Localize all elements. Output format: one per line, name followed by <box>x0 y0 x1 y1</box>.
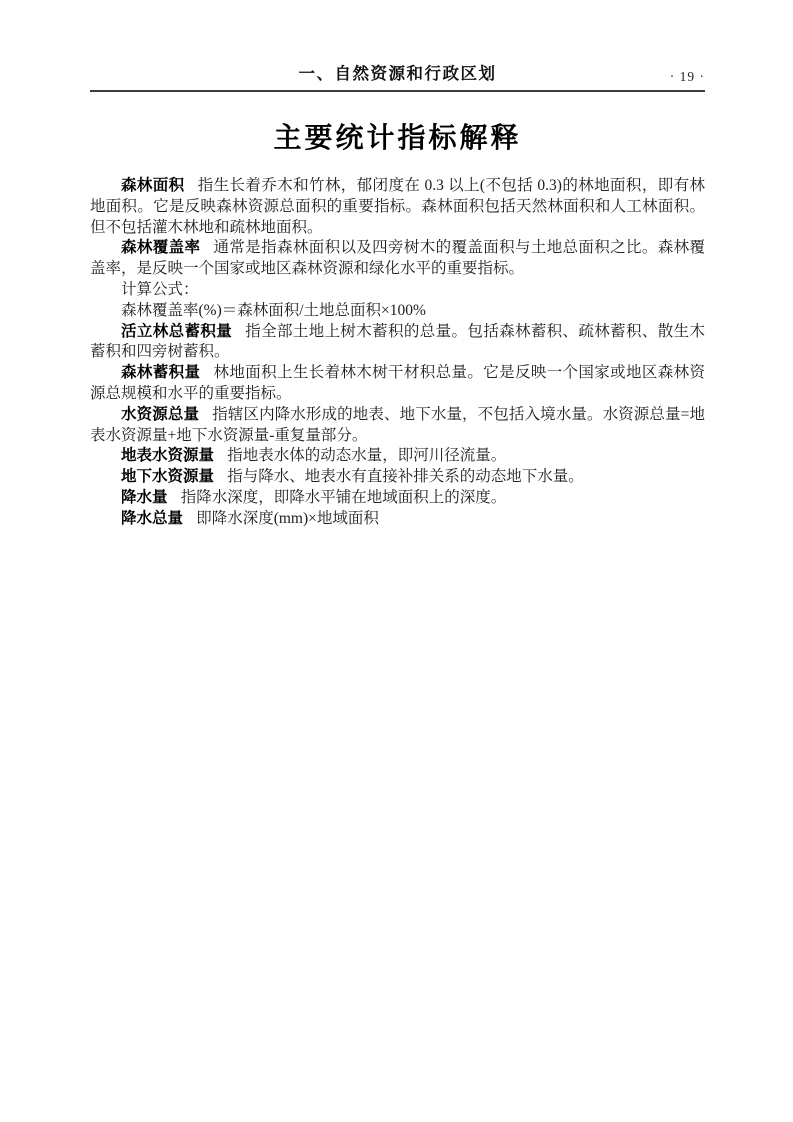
definition-text: 即降水深度(mm)×地域面积 <box>196 510 379 527</box>
term-label: 森林蓄积量 <box>121 364 200 381</box>
term-label: 活立林总蓄积量 <box>121 323 232 340</box>
definition-paragraph: 森林覆盖率(%)＝森林面积/土地总面积×100% <box>90 301 705 322</box>
document-page: 一、自然资源和行政区划 · 19 · 主要统计指标解释 森林面积指生长着乔木和竹… <box>0 0 793 1122</box>
page-number: · 19 · <box>670 67 705 87</box>
definitions-list: 森林面积指生长着乔木和竹林，郁闭度在 0.3 以上(不包括 0.3)的林地面积，… <box>90 176 705 530</box>
definition-paragraph: 降水量指降水深度，即降水平铺在地域面积上的深度。 <box>90 488 705 509</box>
definition-paragraph: 活立林总蓄积量指全部土地上树木蓄积的总量。包括森林蓄积、疏林蓄积、散生木蓄积和四… <box>90 322 705 364</box>
definition-text: 指地表水体的动态水量，即河川径流量。 <box>227 447 506 464</box>
term-label: 降水总量 <box>121 510 183 527</box>
definition-paragraph: 森林覆盖率通常是指森林面积以及四旁树木的覆盖面积与土地总面积之比。森林覆盖率，是… <box>90 238 705 280</box>
definition-text: 森林覆盖率(%)＝森林面积/土地总面积×100% <box>121 302 426 319</box>
definition-paragraph: 地表水资源量指地表水体的动态水量，即河川径流量。 <box>90 446 705 467</box>
definition-paragraph: 水资源总量指辖区内降水形成的地表、地下水量，不包括入境水量。水资源总量=地表水资… <box>90 405 705 447</box>
definition-paragraph: 计算公式： <box>90 280 705 301</box>
term-label: 水资源总量 <box>121 406 199 423</box>
definition-paragraph: 地下水资源量指与降水、地表水有直接补排关系的动态地下水量。 <box>90 467 705 488</box>
definition-text: 指降水深度，即降水平铺在地域面积上的深度。 <box>181 489 507 506</box>
definition-text: 指与降水、地表水有直接补排关系的动态地下水量。 <box>227 468 584 485</box>
section-title: 一、自然资源和行政区划 <box>90 64 705 84</box>
page-title: 主要统计指标解释 <box>90 116 705 156</box>
term-label: 森林面积 <box>121 177 185 194</box>
term-label: 降水量 <box>121 489 168 506</box>
term-label: 地表水资源量 <box>121 447 214 464</box>
definition-paragraph: 森林面积指生长着乔木和竹林，郁闭度在 0.3 以上(不包括 0.3)的林地面积，… <box>90 176 705 238</box>
running-header: 一、自然资源和行政区划 · 19 · <box>90 64 705 92</box>
definition-text: 计算公式： <box>121 281 199 298</box>
term-label: 地下水资源量 <box>121 468 214 485</box>
definition-paragraph: 降水总量即降水深度(mm)×地域面积 <box>90 509 705 530</box>
term-label: 森林覆盖率 <box>121 239 200 256</box>
definition-paragraph: 森林蓄积量林地面积上生长着林木树干材积总量。它是反映一个国家或地区森林资源总规模… <box>90 363 705 405</box>
